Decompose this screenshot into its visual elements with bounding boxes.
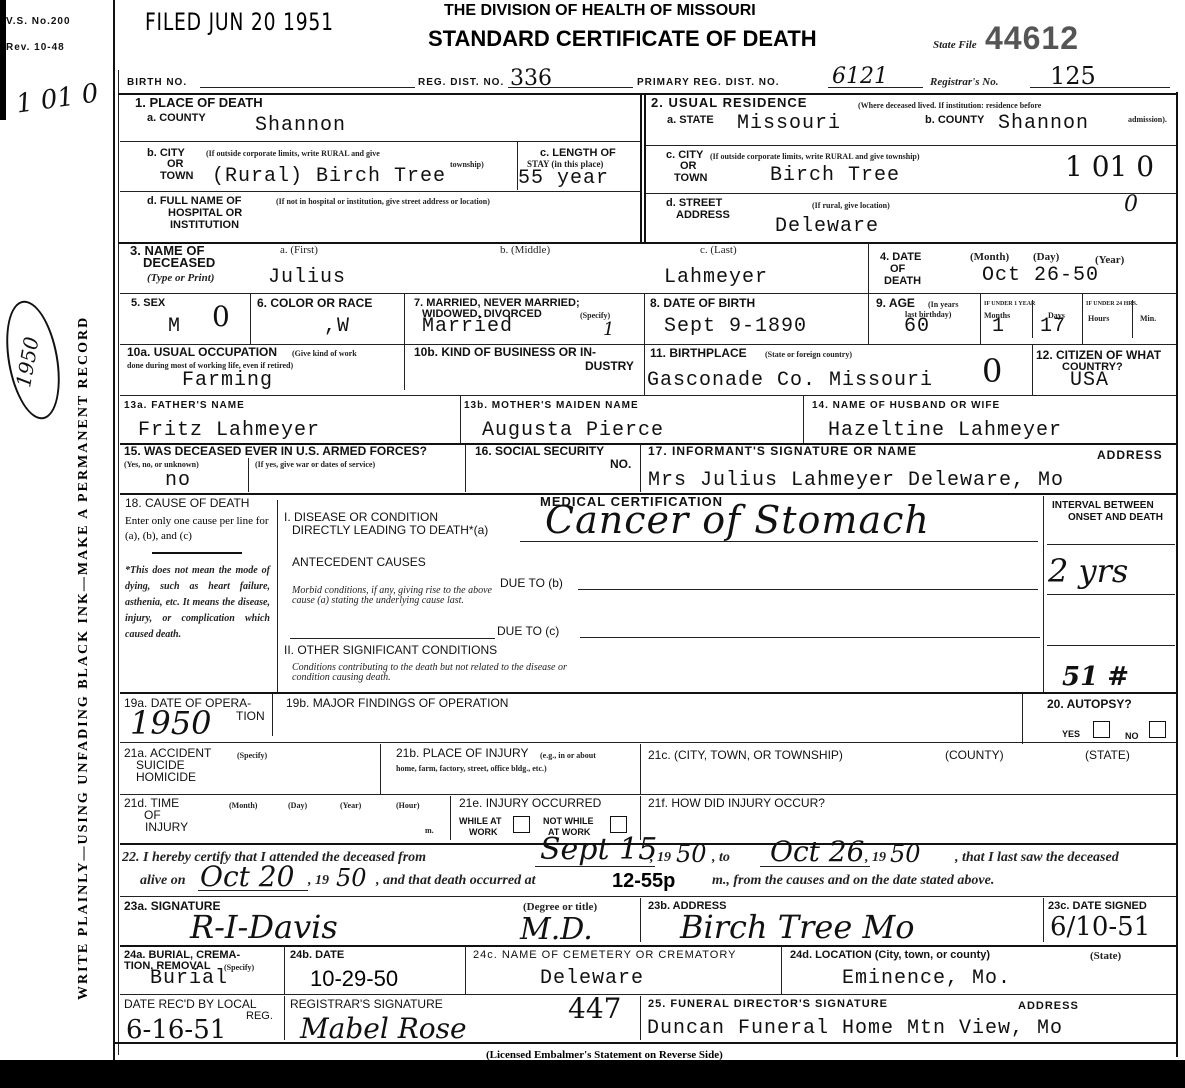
rule-sex-top	[120, 293, 1176, 294]
agency-name: THE DIVISION OF HEALTH OF MISSOURI	[444, 2, 756, 20]
marital-annotation: 1	[603, 319, 614, 340]
injury-type-label3: HOMICIDE	[136, 772, 196, 783]
cemetery-value: Deleware	[540, 968, 644, 990]
informant-address-label: ADDRESS	[1097, 450, 1163, 461]
injury-occurred-label: 21e. INJURY OCCURRED	[459, 798, 601, 809]
divider-autopsy	[1022, 694, 1023, 744]
location-state-label: (State)	[1090, 952, 1121, 961]
res-city-hint: (If outside corporate limits, write RURA…	[710, 152, 920, 161]
ssn-label2: NO.	[610, 459, 631, 470]
dod-label2: OF	[890, 264, 905, 275]
armed-hint: (Yes, no, or unknown)	[124, 460, 199, 469]
registrar-no-value: 125	[1050, 62, 1096, 90]
hospital-hint: (If not in hospital or institution, give…	[276, 197, 490, 206]
birth-no-line	[200, 87, 415, 88]
divider-min	[1132, 300, 1133, 338]
divider-spouse	[803, 396, 804, 444]
form-number: V.S. No.200	[6, 16, 71, 27]
state-file-number: 44612	[985, 20, 1079, 57]
spouse-label: 14. NAME OF HUSBAND OR WIFE	[812, 400, 1000, 411]
rule-name-top	[118, 242, 1178, 244]
months-value: 1	[992, 316, 1005, 338]
burial-date-value: 10-29-50	[310, 966, 398, 992]
spouse-value: Hazeltine Lahmeyer	[828, 420, 1062, 442]
filed-stamp: FILED JUN 20 1951	[145, 8, 334, 36]
due-to-b-label: DUE TO (b)	[500, 578, 563, 589]
degree-value: M.D.	[520, 912, 593, 947]
funeral-director-value: Duncan Funeral Home Mtn View, Mo	[647, 1018, 1063, 1040]
divider-dob	[644, 294, 645, 344]
hospital-label: d. FULL NAME OF	[147, 196, 242, 207]
rule-injury-time-top	[120, 794, 1176, 795]
alive-on-label: alive on	[140, 876, 186, 886]
injury-place-hint: (e.g., in or about	[540, 751, 596, 760]
border-left-inner	[118, 70, 119, 1055]
pod-city-hint2: township)	[450, 160, 484, 169]
dob-value: Sept 9-1890	[664, 316, 807, 338]
autopsy-yes-checkbox[interactable]	[1093, 721, 1110, 738]
injury-m-label: m.	[425, 826, 434, 835]
dod-year-label: (Year)	[1095, 256, 1124, 265]
cause-a-value: Cancer of Stomach	[545, 498, 930, 542]
injury-time-label3: INJURY	[145, 822, 188, 833]
injury-specify: (Specify)	[237, 751, 267, 760]
rule-res-1	[646, 145, 1176, 146]
rule-res-2	[646, 193, 1176, 194]
scan-bottom-edge	[0, 1068, 1185, 1088]
armed-value: no	[165, 470, 191, 492]
divider-armed	[248, 458, 249, 492]
op-date-label2: TION	[236, 711, 265, 722]
part2-hint: Conditions contributing to the death but…	[292, 663, 582, 683]
last-seen-line	[198, 890, 308, 891]
age-label: 9. AGE	[876, 298, 915, 309]
res-state-label: a. STATE	[667, 115, 714, 126]
rule-occupation-top	[120, 344, 1176, 345]
res-city-annotation: 1 01 0	[1065, 150, 1154, 183]
birthplace-value: Gasconade Co. Missouri	[647, 370, 933, 392]
interval-line-a	[1047, 544, 1175, 545]
cause-label: 18. CAUSE OF DEATH	[125, 498, 249, 509]
injury-state-label: (STATE)	[1085, 750, 1130, 761]
stay-value: 55 year	[518, 168, 609, 190]
sex-value: M	[168, 316, 181, 338]
attended-from-date: Sept 15	[540, 832, 657, 867]
min-label: Min.	[1140, 314, 1156, 323]
injury-place-label: 21b. PLACE OF INJURY	[396, 748, 529, 759]
op-findings-label: 19b. MAJOR FINDINGS OF OPERATION	[286, 698, 508, 709]
certificate-title: STANDARD CERTIFICATE OF DEATH	[428, 26, 817, 52]
state-file-label: State File	[933, 40, 977, 50]
street-value: Deleware	[775, 216, 879, 238]
dod-month-label: (Month)	[970, 253, 1009, 262]
divider-registrar-sig	[284, 996, 285, 1040]
birthplace-label: 11. BIRTHPLACE	[650, 348, 747, 359]
disposition-value: Burial	[150, 968, 228, 990]
res-city-value: Birch Tree	[770, 165, 900, 187]
divider-findings	[272, 694, 273, 736]
pod-city-hint: (If outside corporate limits, write RURA…	[206, 149, 380, 158]
date-signed-label: 23c. DATE SIGNED	[1048, 901, 1147, 912]
from-year-prefix: , 19	[650, 853, 671, 863]
divider-informant	[640, 444, 641, 492]
certify-line1-end: , that I last saw the deceased	[955, 853, 1119, 863]
injury-year-label: (Year)	[340, 801, 361, 810]
rule-top	[118, 93, 1178, 95]
pod-county-label: a. COUNTY	[147, 113, 206, 124]
date-recd-label: DATE REC'D BY LOCAL	[124, 999, 257, 1010]
to-year-prefix: , 19	[865, 853, 886, 863]
dob-label: 8. DATE OF BIRTH	[650, 298, 755, 309]
margin-handwritten-number: 1 01 0	[14, 78, 100, 119]
cause-c-lead-line	[290, 638, 495, 639]
divider-injury-place	[380, 744, 381, 794]
primary-reg-dist-label: PRIMARY REG. DIST. NO.	[637, 77, 780, 88]
divider-interval	[1043, 496, 1044, 692]
mother-label: 13b. MOTHER'S MAIDEN NAME	[464, 400, 639, 411]
divider-under1	[980, 294, 981, 344]
days-value: 17	[1040, 316, 1066, 338]
divider-age	[868, 294, 869, 344]
mother-value: Augusta Pierce	[482, 420, 664, 442]
certificate-page: V.S. No.200 Rev. 10-48 1 01 0 1950 WRITE…	[0, 0, 1185, 1060]
armed-label: 15. WAS DECEASED EVER IN U.S. ARMED FORC…	[124, 446, 427, 457]
form-revision: Rev. 10-48	[6, 42, 65, 53]
last-seen-date: Oct 20	[200, 860, 294, 893]
residence-hint2: admission).	[1128, 115, 1167, 124]
residence-label: 2. USUAL RESIDENCE	[651, 97, 807, 108]
informant-label: 17. INFORMANT'S SIGNATURE OR NAME	[648, 446, 917, 457]
interval-mark: 51 #	[1062, 662, 1129, 692]
rule-registrar-top	[120, 994, 1176, 995]
registrar-no-label: Registrar's No.	[930, 77, 998, 87]
res-county-value: Shannon	[998, 113, 1089, 135]
name-label3: (Type or Print)	[147, 273, 214, 283]
injury-county-label: (COUNTY)	[945, 750, 1004, 761]
border-left	[113, 0, 115, 1060]
divider-under24	[1082, 294, 1083, 344]
cemetery-label: 24c. NAME OF CEMETERY OR CREMATORY	[473, 950, 736, 961]
divider-injury-city	[640, 744, 641, 794]
autopsy-no-checkbox[interactable]	[1149, 721, 1166, 738]
certify-line2-mid: , and that death occurred at	[376, 876, 535, 886]
residence-hint: (Where deceased lived. If institution: r…	[858, 101, 1041, 110]
border-right	[1176, 92, 1178, 1057]
name-label2: DECEASED	[143, 257, 215, 268]
birth-no-label: BIRTH NO.	[127, 77, 187, 88]
date-of-death-value: Oct 26-50	[982, 265, 1099, 287]
occupation-hint: (Give kind of work	[292, 349, 357, 358]
date-recd-value: 6-16-51	[126, 1015, 226, 1045]
last-name-label: c. (Last)	[700, 246, 737, 255]
burial-date-label: 24b. DATE	[290, 950, 344, 961]
cause-hint: Enter only one cause per line for (a), (…	[125, 514, 270, 544]
pod-city-or: OR	[167, 159, 184, 170]
at-work-checkbox[interactable]	[513, 816, 530, 833]
at-work-label2: WORK	[469, 827, 498, 838]
rule-signature-top	[120, 896, 1176, 897]
autopsy-no-label: NO	[1125, 731, 1139, 742]
divider-marital	[404, 294, 405, 390]
rule-pod-1	[120, 141, 640, 142]
rule-bottom	[113, 1042, 1178, 1044]
race-label: 6. COLOR OR RACE	[257, 298, 372, 309]
location-value: Eminence, Mo.	[842, 968, 1011, 990]
vertical-instruction: WRITE PLAINLY—USING UNFADING BLACK INK—M…	[76, 316, 92, 1000]
rule-pod-2	[120, 191, 640, 192]
dod-label: 4. DATE	[880, 252, 921, 263]
sex-annotation: 0	[212, 300, 230, 333]
antecedent-label: ANTECEDENT CAUSES	[292, 557, 426, 568]
hospital-label2: HOSPITAL OR	[168, 208, 242, 219]
primary-reg-dist-value: 6121	[832, 64, 888, 89]
marital-value: Married	[422, 316, 513, 338]
certify-line2-end: m., from the causes and on the date stat…	[712, 876, 994, 886]
divider-occurred	[450, 796, 451, 840]
pod-county-value: Shannon	[255, 115, 346, 137]
divider-days	[1032, 300, 1033, 338]
interval-line-b	[1047, 594, 1175, 595]
business-label: 10b. KIND OF BUSINESS OR IN-	[414, 347, 596, 358]
from-year-value: 50	[676, 840, 707, 868]
res-state-value: Missouri	[737, 113, 841, 135]
from-date-line	[535, 866, 655, 867]
hours-label: Hours	[1088, 314, 1109, 323]
rule-burial-top	[120, 945, 1176, 947]
armed-hint2: (If yes, give war or dates of service)	[255, 460, 375, 469]
last-seen-year-prefix: , 19	[308, 876, 329, 886]
rule-parents-top	[120, 395, 1176, 396]
race-value: ,W	[324, 316, 350, 338]
divider-dod	[868, 243, 869, 293]
injury-month-label: (Month)	[229, 801, 257, 810]
cause-hint-rule	[152, 552, 242, 554]
street-label2: ADDRESS	[676, 210, 730, 221]
not-work-label: NOT WHILE	[543, 816, 594, 827]
under24-label: IF UNDER 24 HRS.	[1086, 300, 1137, 309]
to-word: , to	[712, 853, 730, 863]
interval-line-c	[1047, 645, 1175, 646]
birthplace-annotation: 0	[982, 352, 1002, 390]
injury-city-label: 21c. (CITY, TOWN, OR TOWNSHIP)	[648, 750, 843, 761]
physician-address-value: Birch Tree Mo	[680, 908, 914, 946]
sex-label: 5. SEX	[131, 298, 165, 309]
informant-value: Mrs Julius Lahmeyer Deleware, Mo	[648, 470, 1064, 492]
autopsy-yes-label: YES	[1062, 729, 1080, 740]
cause-b-line	[578, 589, 1038, 590]
first-name-value: Julius	[268, 267, 346, 289]
dod-day-label: (Day)	[1033, 253, 1059, 262]
divider-sections-1-2	[640, 93, 642, 243]
business-label2: DUSTRY	[585, 361, 634, 372]
autopsy-label: 20. AUTOPSY?	[1047, 699, 1132, 710]
age-years-value: 60	[904, 316, 930, 338]
citizen-value: USA	[1070, 370, 1109, 392]
divider-birthplace	[644, 345, 645, 395]
funeral-director-label: 25. FUNERAL DIRECTOR'S SIGNATURE	[648, 999, 888, 1010]
attended-to-date: Oct 26	[770, 835, 864, 868]
due-to-c-label: DUE TO (c)	[497, 626, 559, 637]
age-hint: (In years	[928, 300, 958, 309]
street-label: d. STREET	[666, 198, 722, 209]
interval-label2: ONSET AND DEATH	[1068, 512, 1163, 523]
antecedent-hint: Morbid conditions, if any, giving rise t…	[292, 586, 497, 606]
birthplace-hint: (State or foreign country)	[765, 350, 852, 359]
street-hint: (If rural, give location)	[812, 201, 890, 210]
occupation-label: 10a. USUAL OCCUPATION	[127, 347, 277, 358]
degree-label: (Degree or title)	[523, 903, 597, 912]
reg-dist-label: REG. DIST. NO.	[418, 77, 504, 88]
ssn-label: 16. SOCIAL SECURITY	[475, 446, 604, 457]
date-recd-label2: REG.	[246, 1011, 273, 1022]
pod-city-town: TOWN	[160, 171, 193, 182]
divider-mother	[460, 396, 461, 444]
stay-label: c. LENGTH OF	[540, 148, 616, 159]
injury-hour-label: (Hour)	[396, 801, 420, 810]
occupation-value: Farming	[182, 370, 273, 392]
father-label: 13a. FATHER'S NAME	[124, 400, 245, 411]
cause-a-line	[520, 541, 1038, 542]
res-city-town: TOWN	[674, 173, 707, 184]
op-date-value: 1950	[130, 704, 211, 742]
part1-label2: DIRECTLY LEADING TO DEATH*(a)	[292, 525, 488, 536]
divider-citizen	[1032, 345, 1033, 395]
interval-a-value: 2 yrs	[1048, 552, 1128, 590]
cause-footnote: *This does not mean the mode of dying, s…	[125, 563, 270, 643]
part2-label: II. OTHER SIGNIFICANT CONDITIONS	[284, 645, 497, 656]
injury-how-label: 21f. HOW DID INJURY OCCUR?	[648, 798, 825, 809]
last-seen-year: 50	[336, 864, 367, 892]
dod-label3: DEATH	[884, 276, 921, 287]
reg-dist-line	[508, 87, 633, 88]
pod-city-value: (Rural) Birch Tree	[212, 166, 446, 188]
rule-operation-top	[120, 692, 1176, 694]
father-value: Fritz Lahmeyer	[138, 420, 320, 442]
divider-cemetery	[465, 946, 466, 994]
registrar-number: 447	[568, 992, 621, 1025]
place-of-death-label: 1. PLACE OF DEATH	[135, 97, 263, 108]
part1-label: I. DISEASE OR CONDITION	[284, 512, 438, 523]
footer-note: (Licensed Embalmer's Statement on Revers…	[486, 1049, 723, 1061]
to-year-value: 50	[890, 840, 921, 868]
date-signed-value: 6/10-51	[1050, 912, 1150, 942]
cause-c-line	[580, 637, 1040, 638]
location-label: 24d. LOCATION (City, town, or county)	[790, 950, 990, 961]
injury-place-hint2: home, farm, factory, street, office bldg…	[396, 764, 547, 773]
funeral-address-label: ADDRESS	[1018, 1001, 1079, 1012]
at-work-label: WHILE AT	[459, 816, 502, 827]
under1-label: IF UNDER 1 YEAR	[984, 300, 1035, 309]
res-county-label: b. COUNTY	[925, 115, 984, 126]
divider-sections-1-2b	[644, 93, 646, 243]
street-annotation: 0	[1124, 192, 1138, 217]
citizen-label: 12. CITIZEN OF WHAT	[1036, 350, 1161, 361]
registrar-sig-label: REGISTRAR'S SIGNATURE	[290, 999, 443, 1010]
res-city-or: OR	[680, 161, 697, 172]
divider-ssn	[465, 444, 466, 492]
divider-burial-date	[284, 946, 285, 994]
injury-day-label: (Day)	[288, 801, 307, 810]
primary-reg-line	[828, 87, 923, 88]
divider-race	[250, 294, 251, 344]
first-name-label: a. (First)	[280, 246, 318, 255]
divider-date-signed	[1043, 898, 1044, 942]
not-work-checkbox[interactable]	[610, 816, 627, 833]
divider-cause	[277, 500, 278, 692]
disposition-specify: (Specify)	[224, 963, 254, 972]
hospital-label3: INSTITUTION	[170, 220, 239, 231]
physician-signature: R-I-Davis	[190, 908, 338, 946]
rule-injury-top	[120, 742, 1176, 743]
middle-name-label: b. (Middle)	[500, 246, 550, 255]
divider-address	[640, 898, 641, 942]
divider-location	[781, 946, 782, 994]
interval-label: INTERVAL BETWEEN	[1052, 500, 1154, 511]
to-date-line	[760, 866, 870, 867]
last-name-value: Lahmeyer	[664, 267, 768, 289]
divider-funeral	[640, 996, 641, 1040]
time-of-death: 12-55p	[612, 870, 675, 893]
registrar-line	[1030, 87, 1170, 88]
registrar-signature: Mabel Rose	[300, 1012, 467, 1045]
